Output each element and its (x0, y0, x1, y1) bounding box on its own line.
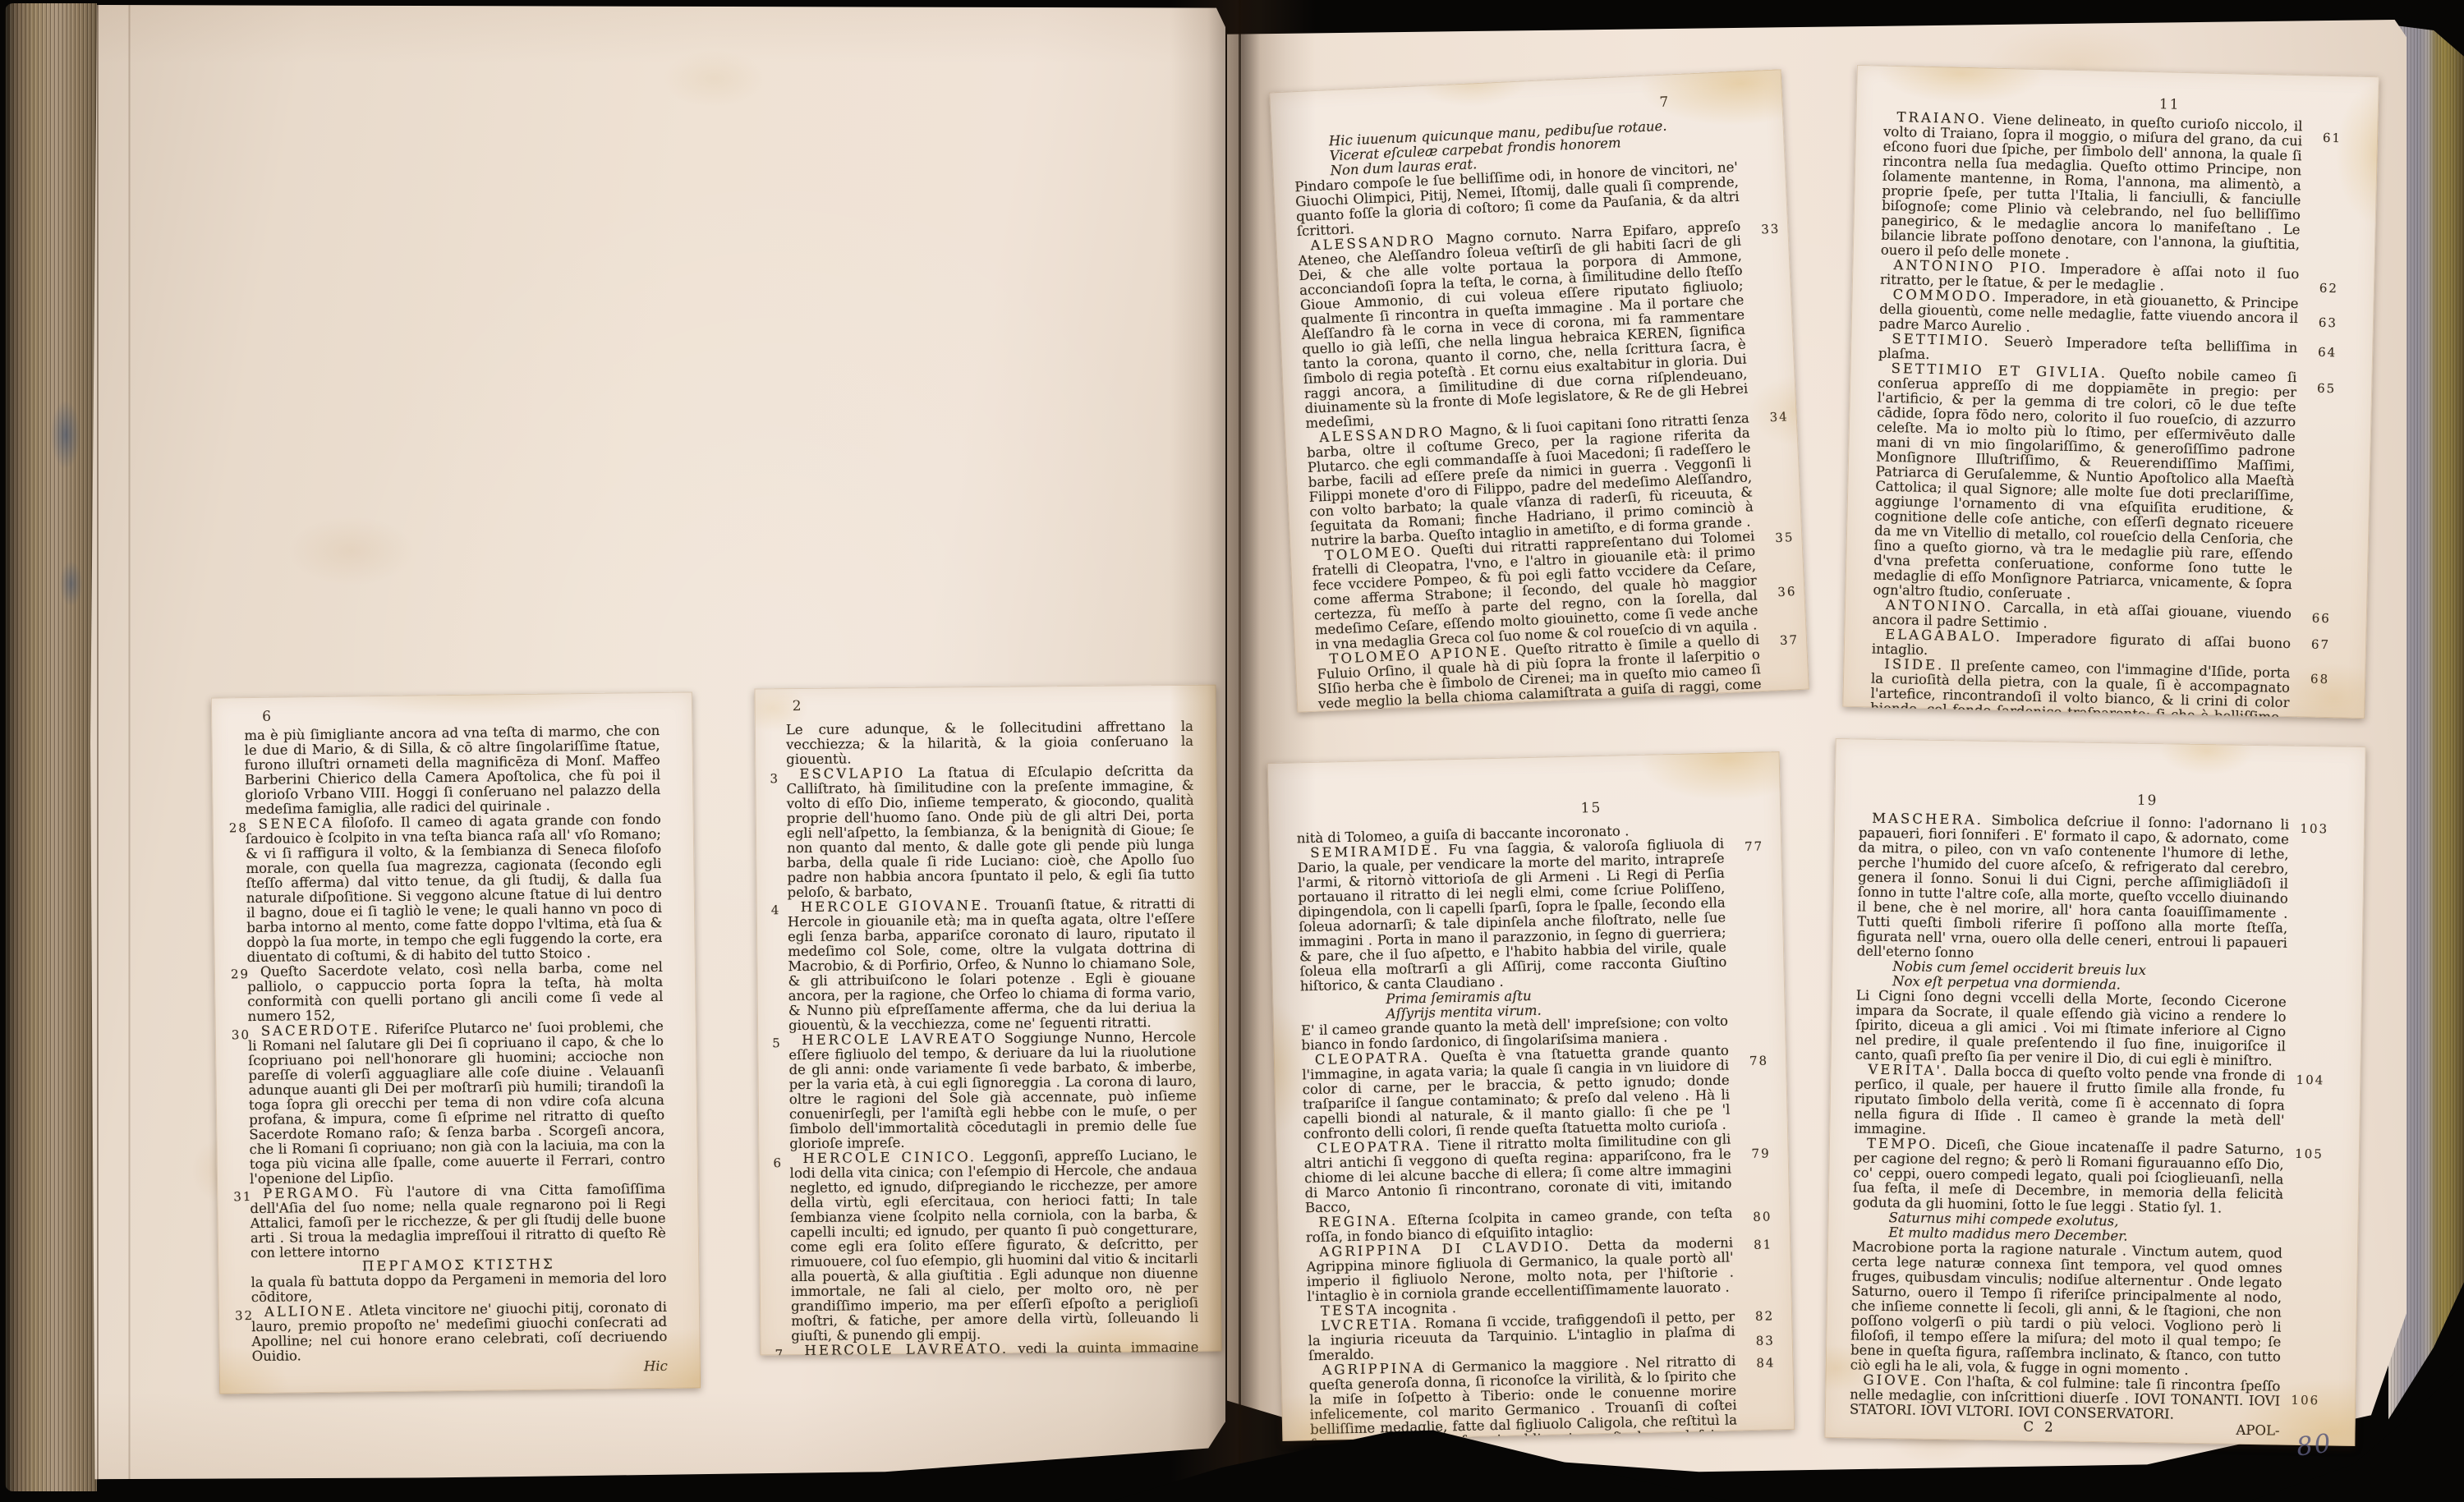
entry-heading: ESCVLAPIO (799, 765, 905, 782)
catalog-paragraph: PERGAMO. Fù l'autore di vna Citta famoſi… (250, 1182, 666, 1261)
margin-item-number: 61 (2310, 130, 2342, 145)
catchword: APOL- (2230, 1423, 2279, 1439)
page-number: 6 (262, 709, 273, 725)
margin-item-number: 67 (2298, 636, 2330, 652)
margin-item-number: 80 (1740, 1210, 1772, 1225)
margin-item-number: 36 (1764, 584, 1797, 600)
entry-heading: ANTONINO PIO. (1893, 257, 2048, 276)
fragment-text-block: nità di Tolomeo, a guiſa di baccante inc… (1297, 822, 1739, 1441)
margin-item-number: 78 (1736, 1053, 1768, 1068)
margin-item-number: 103 (2287, 820, 2328, 836)
margin-item-number: 79 (1738, 1146, 1770, 1161)
margin-item-number: 63 (2305, 315, 2338, 330)
margin-item-number: 4 (758, 903, 781, 917)
catalog-paragraph: AGRIPPINA di Germanico la maggiore . Nel… (1308, 1353, 1738, 1441)
margin-item-number: 68 (2297, 672, 2329, 687)
fragment-text-block: MASCHERA. Simbolica deſcriue il ſonno: l… (1849, 811, 2289, 1438)
entry-heading: LVCRETIA. (1321, 1316, 1419, 1334)
entry-heading: HERCOLE LAVREATO (802, 1031, 997, 1048)
margin-item-number: 31 (220, 1189, 252, 1204)
margin-item-number: 62 (2306, 281, 2338, 296)
pasted-cutting-right-page-top-left: 7Hic iuuenum quicunque manu, pedibuſue r… (1269, 69, 1809, 713)
entry-heading: ALLIONE. (264, 1303, 355, 1320)
catalog-paragraph: SACERDOTE. Riferiſce Plutarco ne' ſuoi p… (248, 1019, 665, 1187)
catalog-paragraph: MASCHERA. Simbolica deſcriue il ſonno: l… (1857, 811, 2290, 965)
handwritten-folio-number: 80 (2295, 1428, 2334, 1462)
catalog-paragraph: ALESSANDRO Magno cornuto. Narra Epifaro,… (1297, 219, 1749, 431)
margin-item-number: 81 (1740, 1237, 1772, 1252)
pasted-cutting-right-page-bottom-right: 19MASCHERA. Simbolica deſcriue il ſonno:… (1824, 738, 2365, 1446)
pasted-cutting-right-page-bottom-left: 15nità di Tolomeo, a guiſa di baccante i… (1267, 751, 1795, 1441)
catalog-paragraph: SENECA filoſofo. Il cameo di agata grand… (246, 812, 663, 965)
fragment-text-block: TRAIANO. Viene delineato, in queſto curi… (1869, 110, 2303, 719)
margin-item-number: 64 (2305, 344, 2337, 360)
catalog-paragraph: ALESSANDRO Magno, & li ſuoi capitani ſon… (1306, 411, 1754, 549)
catalog-paragraph: Macrobione porta la ragione naturale . V… (1850, 1239, 2282, 1379)
entry-heading: SACERDOTE. (261, 1022, 381, 1039)
margin-item-number: 105 (2282, 1146, 2324, 1161)
page-number: 7 (1659, 94, 1671, 111)
entry-heading: ANTONINO. (1886, 597, 1993, 615)
page-number: 15 (1580, 800, 1602, 817)
book-photograph: 6ma è più ſimigliante ancora ad vna teſt… (0, 0, 2464, 1502)
catalog-paragraph: CLEOPATRA. Tiene il ritratto molta ſimil… (1303, 1132, 1732, 1215)
entry-heading: COMMODO. (1892, 287, 1998, 305)
margin-item-number: 30 (218, 1027, 251, 1042)
catalog-paragraph: TRAIANO. Viene delineato, in queſto curi… (1881, 110, 2303, 268)
margin-item-number: 3 (756, 771, 779, 786)
page-number: 11 (2159, 96, 2181, 113)
margin-item-number: 77 (1731, 838, 1763, 854)
entry-heading: PERGAMO. (263, 1184, 361, 1201)
entry-heading: HERCOLE LAVREATO. (804, 1341, 1009, 1356)
catalog-paragraph: AGRIPPINA DI CLAVDIO. Detta da moderni A… (1306, 1235, 1734, 1304)
catalog-paragraph: VERITA'. Dalla bocca di queſto volto pen… (1854, 1062, 2285, 1142)
margin-item-number: 32 (222, 1308, 254, 1323)
entry-heading: AGRIPPINA (1322, 1360, 1426, 1378)
entry-heading: TOLOMEO. (1324, 544, 1423, 563)
catalog-paragraph: Li Cigni ſono degni vccelli della Morte,… (1855, 988, 2287, 1068)
fragment-text-block: ma è più ſimigliante ancora ad vna teſta… (244, 723, 668, 1379)
margin-item-number: 28 (216, 820, 248, 835)
pasted-cutting-right-page-top-right: 11TRAIANO. Viene delineato, in queſto cu… (1842, 65, 2379, 719)
margin-item-number: 5 (759, 1036, 782, 1050)
catalog-paragraph: TEMPO. Diceſi, che Gioue incatenaſſe il … (1853, 1136, 2284, 1216)
entry-heading: MASCHERA. (1872, 811, 1984, 828)
margin-item-number: 33 (1748, 221, 1781, 237)
entry-heading: VERITA'. (1868, 1062, 1949, 1079)
margin-item-number: 66 (2299, 610, 2331, 626)
margin-item-number: 84 (1743, 1355, 1775, 1371)
entry-heading: CLEOPATRA. (1317, 1138, 1432, 1156)
catalog-paragraph: CLEOPATRA. Queſta è vna ſtatuetta grande… (1302, 1044, 1731, 1142)
entry-heading: TRAIANO. (1896, 109, 1987, 126)
margin-item-number: 82 (1742, 1308, 1774, 1324)
entry-heading: REGINA. (1318, 1213, 1398, 1230)
margin-item-number: 83 (1743, 1333, 1775, 1348)
catchword: Hic (618, 1359, 668, 1375)
entry-heading: ISIDE. (1884, 656, 1944, 673)
catalog-paragraph: GIOVE. Con l'haſta, & col fulmine: tale … (1850, 1372, 2281, 1423)
book-page-stack-left-edge (5, 3, 97, 1491)
catalog-paragraph: ALLIONE. Atleta vincitore ne' giuochi pi… (251, 1300, 668, 1364)
catalog-paragraph: SETTIMIO ET GIVLIA. Queſto nobile cameo … (1873, 361, 2296, 607)
entry-heading: TEMPO. (1867, 1136, 1938, 1152)
entry-heading: HERCOLE GIOVANE. (801, 898, 991, 915)
entry-heading: GIOVE. (1863, 1372, 1928, 1389)
catalog-paragraph: Le cure adunque, & le ſollecitudini affr… (786, 719, 1193, 767)
margin-item-number: 29 (218, 967, 250, 981)
catalog-paragraph: SEMIRAMIDE. Fu vna ſaggia, & valoroſa fi… (1297, 837, 1727, 994)
catalog-paragraph: ma è più ſimigliante ancora ad vna teſta… (244, 723, 660, 817)
catalog-paragraph: HERCOLE GIOVANE. Trouanſi ſtatue, & ritr… (788, 897, 1196, 1033)
entry-heading: SEMIRAMIDE. (1310, 842, 1440, 861)
pasted-cutting-left-page-col1: 6ma è più ſimigliante ancora ad vna teſt… (211, 691, 701, 1394)
fragment-text-block: Le cure adunque, & le ſollecitudini affr… (786, 719, 1199, 1356)
entry-heading: ELAGABALO. (1885, 627, 2002, 645)
entry-heading: CLEOPATRA. (1315, 1050, 1431, 1068)
catalog-paragraph: HERCOLE LAVREATO Soggiunge Nunno, Hercol… (788, 1030, 1197, 1151)
page-number: 19 (2137, 792, 2158, 809)
margin-item-number: 106 (2278, 1393, 2319, 1408)
margin-item-number: 6 (760, 1155, 783, 1170)
margin-item-number: 34 (1756, 409, 1789, 425)
catalog-paragraph: ESCVLAPIO La ſtatua di Eſculapio deſcrit… (786, 764, 1194, 900)
catalog-paragraph: HERCOLE CINICO. Leggonſi, appreſſo Lucia… (789, 1148, 1198, 1344)
page-number: 2 (793, 698, 803, 714)
margin-item-number: 65 (2304, 380, 2336, 396)
margin-item-number: 7 (761, 1347, 784, 1356)
margin-item-number: 104 (2282, 1072, 2324, 1087)
entry-heading: HERCOLE CINICO. (802, 1149, 977, 1166)
margin-item-number: 37 (1767, 632, 1800, 649)
catalog-paragraph: Queſto Sacerdote velato, così nella barb… (247, 960, 664, 1024)
entry-heading: SENECA (259, 815, 335, 832)
pasted-cutting-left-page-col2: 2Le cure adunque, & le ſollecitudini aff… (754, 685, 1221, 1356)
entry-heading: SETTIMIO. (1892, 331, 1991, 349)
fragment-text-block: Hic iuuenum quicunque manu, pedibuſue ro… (1293, 116, 1763, 713)
margin-item-number: 35 (1762, 530, 1795, 546)
